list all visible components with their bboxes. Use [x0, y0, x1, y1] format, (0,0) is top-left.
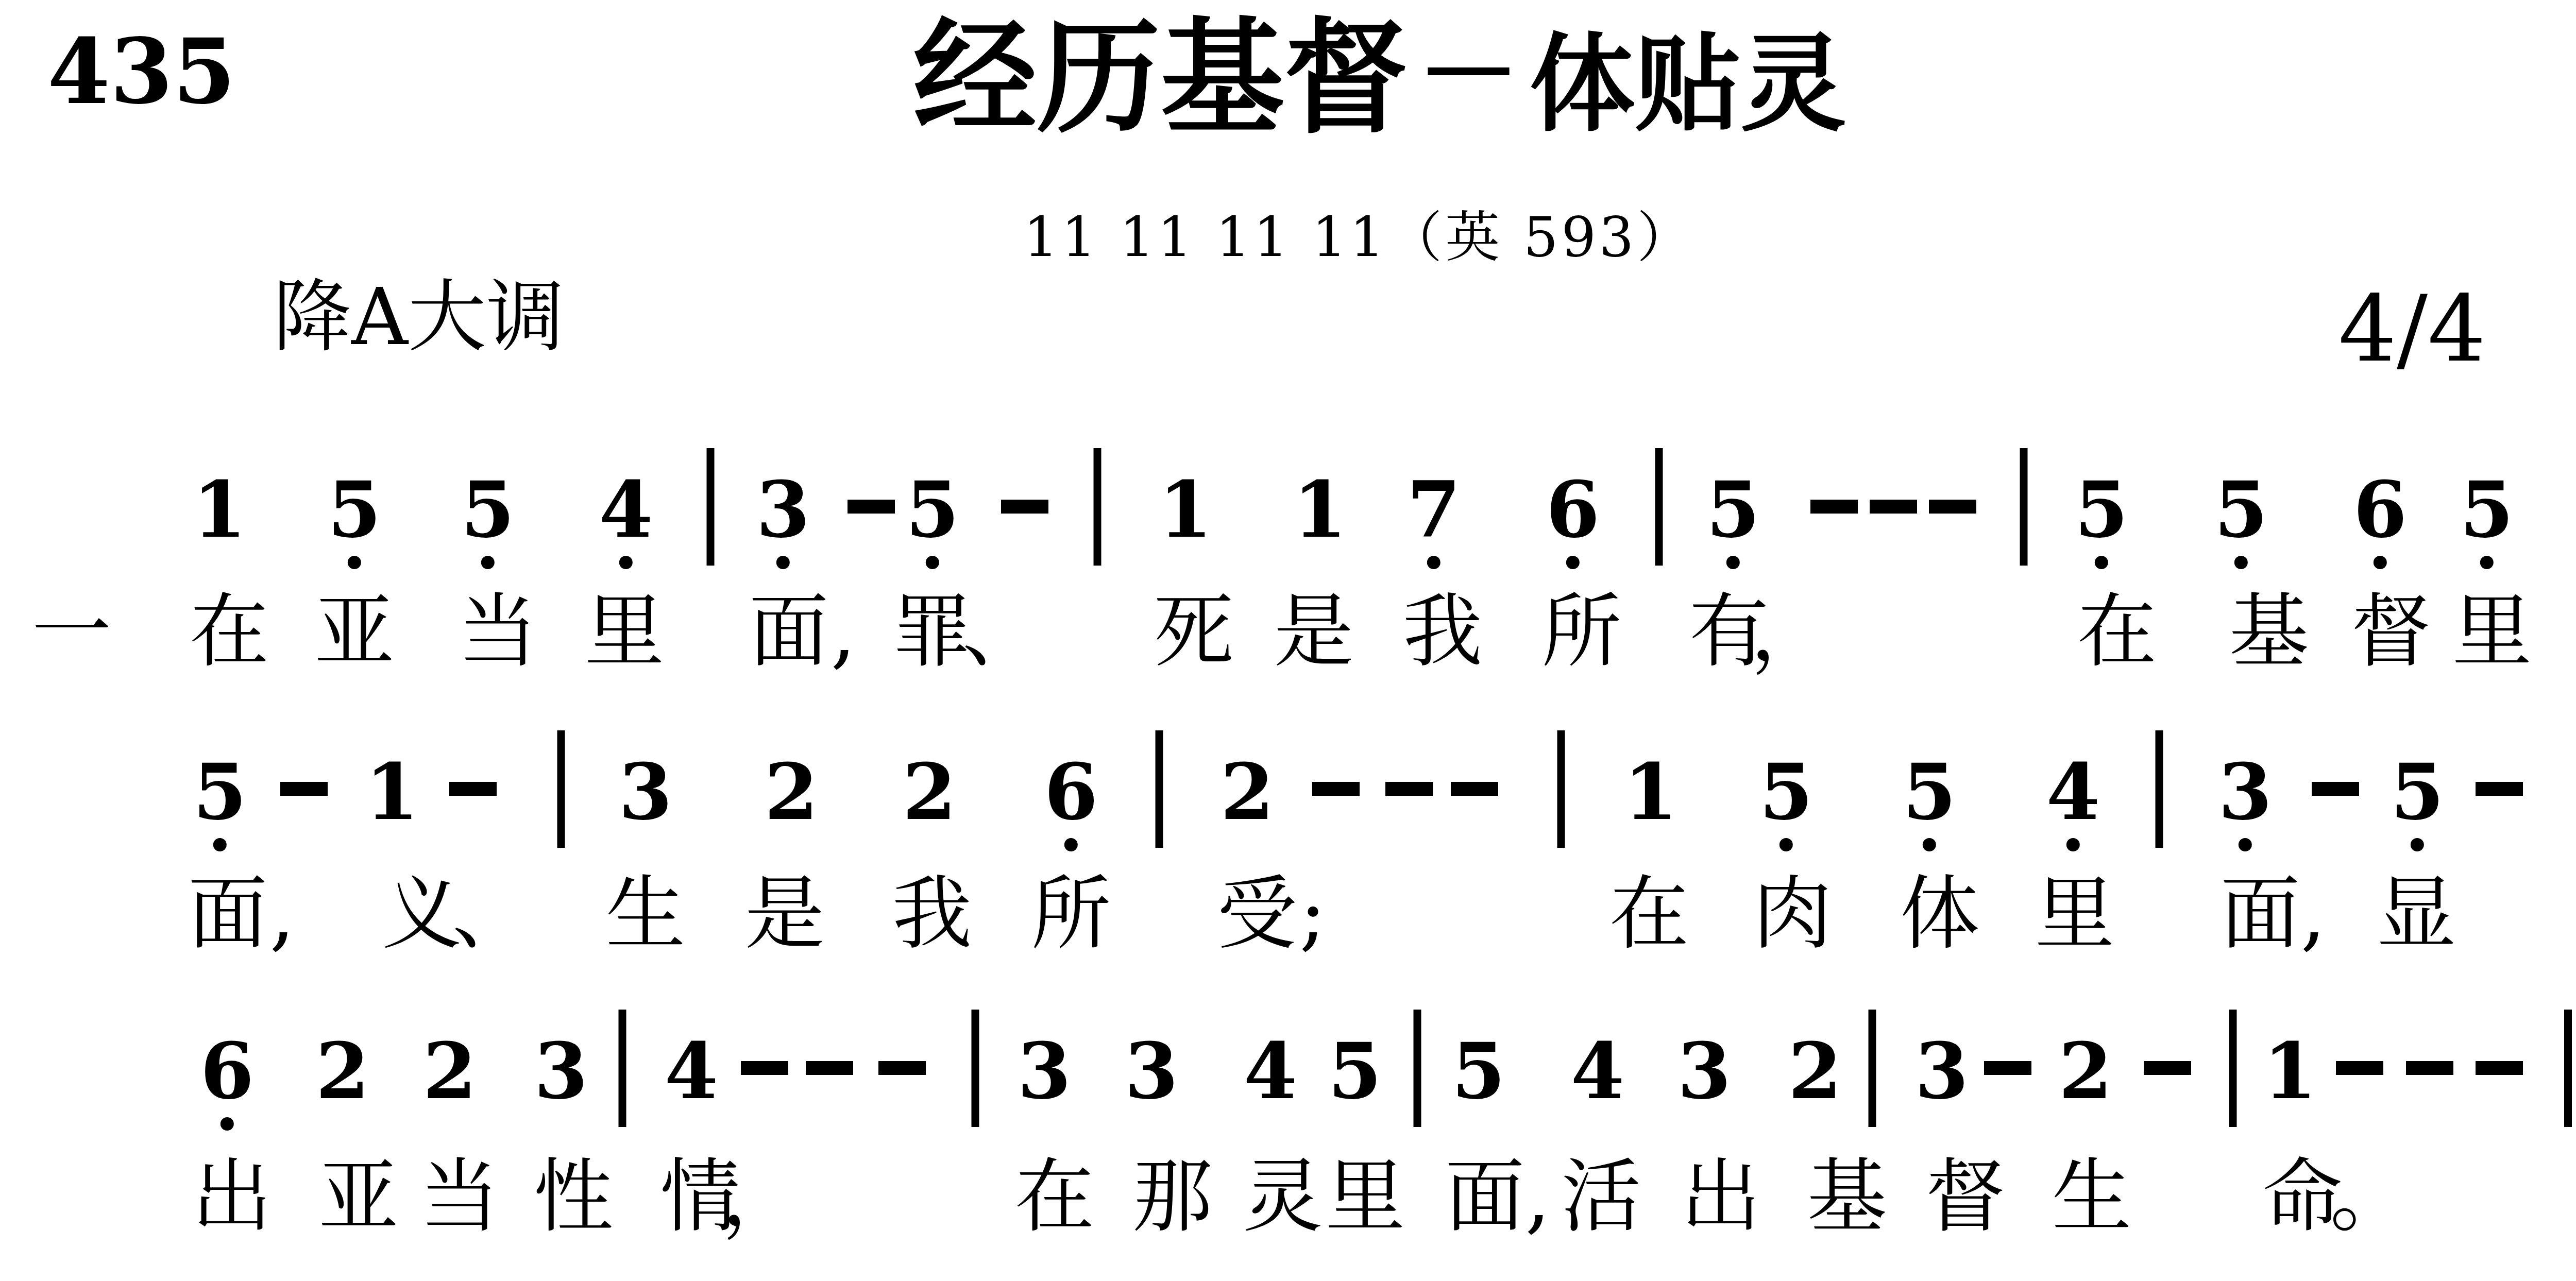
- lyric-char: ,: [831, 591, 856, 671]
- duration-dash: [2476, 1061, 2523, 1075]
- jianpu-note: 5: [1903, 754, 1956, 831]
- lyric-char: 灵: [1243, 1156, 1323, 1236]
- measure-barline: [2020, 448, 2028, 566]
- lyric-char: 体: [1900, 874, 1980, 953]
- key-signature: 降A大调: [273, 278, 565, 356]
- measure-barline: [1156, 730, 1163, 848]
- lyric-char: 亚: [319, 1156, 399, 1236]
- duration-dash: [280, 782, 328, 796]
- lyric-char: 在: [190, 591, 269, 671]
- measure-barline: [619, 1010, 626, 1127]
- jianpu-note: 2: [1221, 754, 1274, 831]
- lyric-char: ，: [1751, 591, 1831, 671]
- lyric-char: 生: [606, 874, 686, 953]
- lyric-char: 受: [1217, 874, 1297, 953]
- jianpu-note: 3: [1677, 1033, 1731, 1110]
- jianpu-note: 1: [365, 754, 419, 831]
- lyric-char: 是: [1274, 591, 1354, 671]
- jianpu-note: 3: [756, 471, 810, 549]
- jianpu-note: 4: [1244, 1033, 1297, 1110]
- jianpu-note: 6: [200, 1033, 254, 1110]
- duration-dash: [806, 1061, 853, 1075]
- measure-barline: [557, 730, 565, 848]
- lyric-char: 我: [892, 874, 972, 953]
- lyric-char: 督: [2351, 591, 2431, 671]
- duration-dash: [2476, 782, 2523, 796]
- duration-dash: [1001, 500, 1048, 514]
- low-octave-dot: [2374, 556, 2387, 569]
- duration-dash: [1929, 500, 1976, 514]
- low-octave-dot: [1427, 556, 1440, 569]
- lyric-char: 肉: [1753, 874, 1833, 953]
- low-octave-dot: [2066, 838, 2080, 851]
- measure-barline: [2229, 1010, 2237, 1127]
- lyric-char: 基: [2229, 591, 2309, 671]
- low-octave-dot: [1566, 556, 1580, 569]
- jianpu-note: 2: [765, 754, 818, 831]
- lyric-char: 面: [188, 874, 268, 953]
- duration-dash: [1451, 782, 1498, 796]
- duration-dash: [1385, 782, 1433, 796]
- low-octave-dot: [221, 1117, 234, 1131]
- duration-dash: [848, 500, 895, 514]
- jianpu-note: 7: [1407, 471, 1461, 549]
- jianpu-note: 4: [665, 1033, 718, 1110]
- lyric-char: 亚: [315, 591, 395, 671]
- lyric-char: 、: [452, 874, 532, 953]
- jianpu-note: 5: [2075, 471, 2128, 549]
- jianpu-note: 4: [1571, 1033, 1624, 1110]
- lyric-char: 。: [2330, 1156, 2410, 1236]
- time-signature: 4/4: [2338, 283, 2486, 375]
- lyric-char: 在: [2077, 591, 2157, 671]
- duration-dash: [449, 782, 497, 796]
- lyric-char: ,: [1525, 1156, 1550, 1236]
- duration-dash: [2336, 1061, 2383, 1075]
- lyric-char: 面: [749, 591, 829, 671]
- jianpu-note: 2: [2059, 1033, 2112, 1110]
- jianpu-note: 5: [906, 471, 959, 549]
- jianpu-note: 5: [1706, 471, 1760, 549]
- lyric-char: 一: [32, 591, 112, 671]
- hymn-sheet: 435 经历基督－体贴灵 11 11 11 11（英 593） 降A大调 4/4…: [0, 0, 2576, 1281]
- low-octave-dot: [619, 556, 633, 569]
- measure-barline: [972, 1010, 979, 1127]
- page-title: 经历基督－体贴灵: [913, 15, 1846, 139]
- jianpu-note: 3: [1915, 1033, 1969, 1110]
- lyric-char: 督: [1926, 1156, 2006, 1236]
- lyric-char: 活: [1562, 1156, 1641, 1236]
- title-dash: －: [1408, 13, 1530, 134]
- lyric-char: 面: [2221, 874, 2300, 953]
- final-barline: [2564, 1010, 2576, 1127]
- low-octave-dot: [926, 556, 939, 569]
- lyric-char: 出: [1681, 1156, 1761, 1236]
- jianpu-note: 4: [599, 471, 653, 549]
- measure-barline: [2156, 730, 2163, 848]
- lyric-char: 当: [420, 1156, 500, 1236]
- low-octave-dot: [1923, 838, 1936, 851]
- jianpu-note: 5: [1452, 1033, 1505, 1110]
- jianpu-note: 5: [2214, 471, 2268, 549]
- jianpu-note: 3: [2218, 754, 2272, 831]
- jianpu-note: 2: [423, 1033, 477, 1110]
- jianpu-note: 1: [193, 471, 246, 549]
- jianpu-note: 5: [1328, 1033, 1382, 1110]
- lyric-char: ，: [722, 1156, 802, 1236]
- jianpu-note: 3: [619, 754, 672, 831]
- low-octave-dot: [1064, 838, 1078, 851]
- jianpu-note: 5: [2460, 471, 2514, 549]
- low-octave-dot: [481, 556, 495, 569]
- jianpu-note: 6: [2353, 471, 2407, 549]
- duration-dash: [1810, 500, 1858, 514]
- jianpu-note: 3: [1018, 1033, 1071, 1110]
- low-octave-dot: [776, 556, 790, 569]
- meter-line: 11 11 11 11（英 593）: [1024, 210, 1695, 265]
- jianpu-note: 6: [1044, 754, 1098, 831]
- jianpu-note: 1: [1293, 471, 1347, 549]
- duration-dash: [741, 1061, 788, 1075]
- low-octave-dot: [213, 838, 227, 851]
- low-octave-dot: [2411, 838, 2424, 851]
- lyric-char: ,: [2300, 874, 2326, 953]
- measure-barline: [1655, 448, 1663, 566]
- lyric-char: 在: [1015, 1156, 1095, 1236]
- jianpu-note: 3: [1125, 1033, 1178, 1110]
- measure-barline: [1869, 1010, 1876, 1127]
- jianpu-note: 5: [461, 471, 515, 549]
- lyric-char: 里: [1326, 1156, 1405, 1236]
- lyric-char: 在: [1609, 874, 1689, 953]
- lyric-char: 里: [585, 591, 665, 671]
- measure-barline: [707, 448, 715, 566]
- duration-dash: [1312, 782, 1360, 796]
- low-octave-dot: [348, 556, 361, 569]
- duration-dash: [878, 1061, 926, 1075]
- lyric-char: 罪: [892, 591, 972, 671]
- lyric-char: 义: [382, 874, 462, 953]
- duration-dash: [1984, 1061, 2031, 1075]
- low-octave-dot: [1780, 838, 1793, 851]
- lyric-char: 死: [1154, 591, 1234, 671]
- hymn-number: 435: [47, 27, 235, 117]
- lyric-char: 我: [1403, 591, 1483, 671]
- duration-dash: [1870, 500, 1917, 514]
- title-subtitle: 体贴灵: [1530, 22, 1846, 146]
- measure-barline: [1557, 730, 1565, 848]
- lyric-char: 里: [2452, 591, 2532, 671]
- duration-dash: [2312, 782, 2359, 796]
- lyric-char: 显: [2377, 874, 2456, 953]
- lyric-char: 当: [458, 591, 538, 671]
- jianpu-note: 6: [1546, 471, 1600, 549]
- low-octave-dot: [2234, 556, 2248, 569]
- jianpu-note: 1: [2263, 1033, 2317, 1110]
- lyric-char: 生: [2052, 1156, 2132, 1236]
- measure-barline: [1094, 448, 1101, 566]
- lyric-char: 所: [1542, 591, 1622, 671]
- low-octave-dot: [2095, 556, 2108, 569]
- lyric-char: 那: [1133, 1156, 1213, 1236]
- duration-dash: [2144, 1061, 2191, 1075]
- measure-barline: [1414, 1010, 1421, 1127]
- jianpu-note: 4: [2046, 754, 2100, 831]
- jianpu-note: 2: [903, 754, 956, 831]
- lyric-char: 所: [1031, 874, 1111, 953]
- jianpu-note: 5: [328, 471, 381, 549]
- jianpu-note: 5: [193, 754, 247, 831]
- jianpu-note: 3: [534, 1033, 588, 1110]
- low-octave-dot: [2239, 838, 2252, 851]
- lyric-char: 基: [1807, 1156, 1887, 1236]
- title-main: 经历基督: [913, 5, 1408, 150]
- jianpu-note: 2: [1788, 1033, 1842, 1110]
- duration-dash: [2406, 1061, 2453, 1075]
- low-octave-dot: [1726, 556, 1740, 569]
- lyric-char: 性: [534, 1156, 614, 1236]
- lyric-char: 里: [2035, 874, 2115, 953]
- lyric-char: 出: [192, 1156, 272, 1236]
- lyric-char: 、: [962, 591, 1042, 671]
- low-octave-dot: [2480, 556, 2494, 569]
- lyric-char: ,: [269, 874, 295, 953]
- jianpu-note: 1: [1624, 754, 1677, 831]
- jianpu-note: 5: [2391, 754, 2444, 831]
- lyric-char: ;: [1299, 874, 1326, 953]
- jianpu-note: 5: [1759, 754, 1813, 831]
- jianpu-note: 1: [1159, 471, 1212, 549]
- jianpu-note: 2: [316, 1033, 369, 1110]
- lyric-char: 面: [1445, 1156, 1525, 1236]
- lyric-char: 是: [745, 874, 825, 953]
